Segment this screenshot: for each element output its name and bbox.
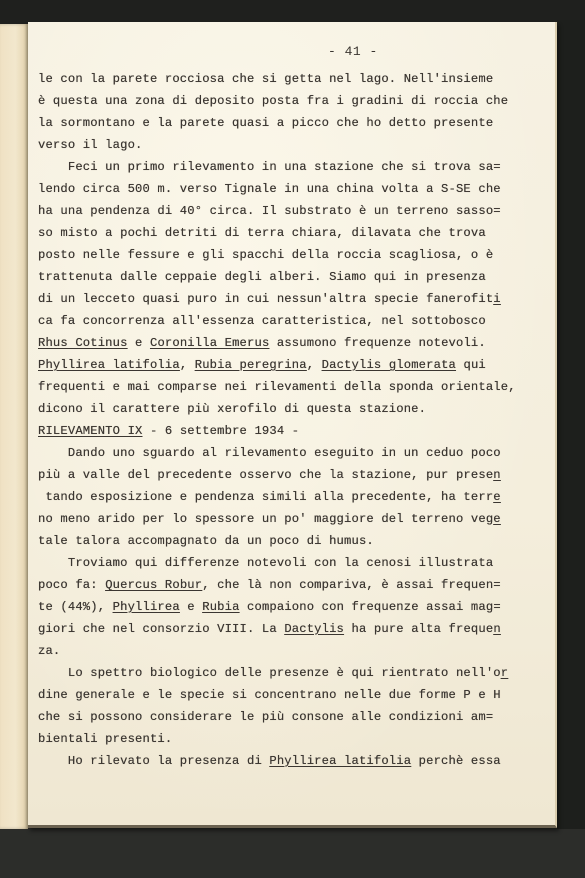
underlined-term: r [501,666,508,680]
text-line: Rhus Cotinus e Coronilla Emerus assumono… [38,336,486,350]
scan-right-background [557,20,585,850]
underlined-term: n [493,468,500,482]
text-segment: Feci un primo rilevamento in una stazion… [38,160,501,174]
text-line: verso il lago. [38,138,143,152]
text-segment: compaiono con frequenze assai mag= [240,600,501,614]
text-segment: no meno arido per lo spessore un po' mag… [38,512,493,526]
page-number: - 41 - [328,44,378,59]
text-line: le con la parete rocciosa che si getta n… [38,72,493,86]
text-line: so misto a pochi detriti di terra chiara… [38,226,486,240]
text-line: ha una pendenza di 40° circa. Il substra… [38,204,501,218]
text-line: Lo spettro biologico delle presenze è qu… [38,666,508,680]
text-line: bientali presenti. [38,732,172,746]
text-line: ca fa concorrenza all'essenza caratteris… [38,314,486,328]
text-segment: posto nelle fessure e gli spacchi della … [38,248,493,262]
text-segment: dicono il carattere più xerofilo di ques… [38,402,426,416]
text-line: Feci un primo rilevamento in una stazion… [38,160,501,174]
text-line: che si possono considerare le più conson… [38,710,493,724]
text-line: Ho rilevato la presenza di Phyllirea lat… [38,754,501,768]
text-line: tale talora accompagnato da un poco di h… [38,534,374,548]
text-segment: qui [456,358,486,372]
typewritten-page: - 41 - le con la parete rocciosa che si … [28,22,557,828]
underlined-term: Rhus Cotinus [38,336,128,350]
text-line: di un lecceto quasi puro in cui nessun'a… [38,292,501,306]
text-segment: che si possono considerare le più conson… [38,710,493,724]
text-segment: e [180,600,202,614]
text-line: Phyllirea latifolia, Rubia peregrina, Da… [38,358,486,372]
text-line: dine generale e le specie si concentrano… [38,688,501,702]
text-line: la sormontano e la parete quasi a picco … [38,116,493,130]
text-segment: la sormontano e la parete quasi a picco … [38,116,493,130]
underlined-term: Rubia [202,600,239,614]
text-segment: assumono frequenze notevoli. [269,336,485,350]
text-segment: , [307,358,322,372]
underlined-term: n [493,622,500,636]
text-line: Dando uno sguardo al rilevamento eseguit… [38,446,501,460]
text-segment: trattenuta dalle ceppaie degli alberi. S… [38,270,486,284]
text-segment: Troviamo qui differenze notevoli con la … [38,556,493,570]
text-segment: , [180,358,195,372]
text-line: trattenuta dalle ceppaie degli alberi. S… [38,270,486,284]
text-segment: tando esposizione e pendenza simili alla… [38,490,493,504]
text-segment: le con la parete rocciosa che si getta n… [38,72,493,86]
underlined-term: Dactylis glomerata [322,358,456,372]
underlined-term: e [493,490,500,504]
text-segment: Ho rilevato la presenza di [38,754,269,768]
text-segment: , che là non compariva, è assai frequen= [202,578,501,592]
text-segment: è questa una zona di deposito posta fra … [38,94,508,108]
text-segment: Dando uno sguardo al rilevamento eseguit… [38,446,501,460]
text-line: frequenti e mai comparse nei rilevamenti… [38,380,516,394]
text-line: Troviamo qui differenze notevoli con la … [38,556,493,570]
text-line: lendo circa 500 m. verso Tignale in una … [38,182,501,196]
text-line: te (44%), Phyllirea e Rubia compaiono co… [38,600,501,614]
underlined-term: Rubia peregrina [195,358,307,372]
scan-bottom-background [0,829,585,878]
text-segment: perchè essa [411,754,501,768]
text-line: poco fa: Quercus Robur, che là non compa… [38,578,501,592]
underlined-term: e [493,512,500,526]
facing-page-edge [0,24,28,829]
text-line: giori che nel consorzio VIII. La Dactyli… [38,622,501,636]
text-segment: frequenti e mai comparse nei rilevamenti… [38,380,516,394]
text-line: posto nelle fessure e gli spacchi della … [38,248,493,262]
text-segment: so misto a pochi detriti di terra chiara… [38,226,486,240]
text-segment: za. [38,644,60,658]
text-line: tando esposizione e pendenza simili alla… [38,490,501,504]
text-segment: te (44%), [38,600,113,614]
text-segment: verso il lago. [38,138,143,152]
text-segment: ha pure alta freque [344,622,493,636]
underlined-term: Phyllirea [113,600,180,614]
underlined-term: Phyllirea latifolia [38,358,180,372]
text-segment: Lo spettro biologico delle presenze è qu… [38,666,501,680]
scan-top-background [0,0,585,24]
text-segment: dine generale e le specie si concentrano… [38,688,501,702]
underlined-term: RILEVAMENTO IX [38,424,143,438]
text-segment: lendo circa 500 m. verso Tignale in una … [38,182,501,196]
text-segment: bientali presenti. [38,732,172,746]
text-segment: più a valle del precedente osservo che l… [38,468,493,482]
underlined-term: Dactylis [284,622,344,636]
text-segment: ca fa concorrenza all'essenza caratteris… [38,314,486,328]
underlined-term: i [493,292,500,306]
text-segment: ha una pendenza di 40° circa. Il substra… [38,204,501,218]
text-line: dicono il carattere più xerofilo di ques… [38,402,426,416]
text-line: no meno arido per lo spessore un po' mag… [38,512,501,526]
text-segment: giori che nel consorzio VIII. La [38,622,284,636]
text-segment: tale talora accompagnato da un poco di h… [38,534,374,548]
text-segment: e [128,336,150,350]
text-segment: - 6 settembre 1934 - [143,424,300,438]
text-line: za. [38,644,60,658]
underlined-term: Quercus Robur [105,578,202,592]
text-segment: di un lecceto quasi puro in cui nessun'a… [38,292,493,306]
text-line: RILEVAMENTO IX - 6 settembre 1934 - [38,424,299,438]
text-segment: poco fa: [38,578,105,592]
underlined-term: Coronilla Emerus [150,336,269,350]
underlined-term: Phyllirea latifolia [269,754,411,768]
text-line: più a valle del precedente osservo che l… [38,468,501,482]
text-line: è questa una zona di deposito posta fra … [38,94,508,108]
